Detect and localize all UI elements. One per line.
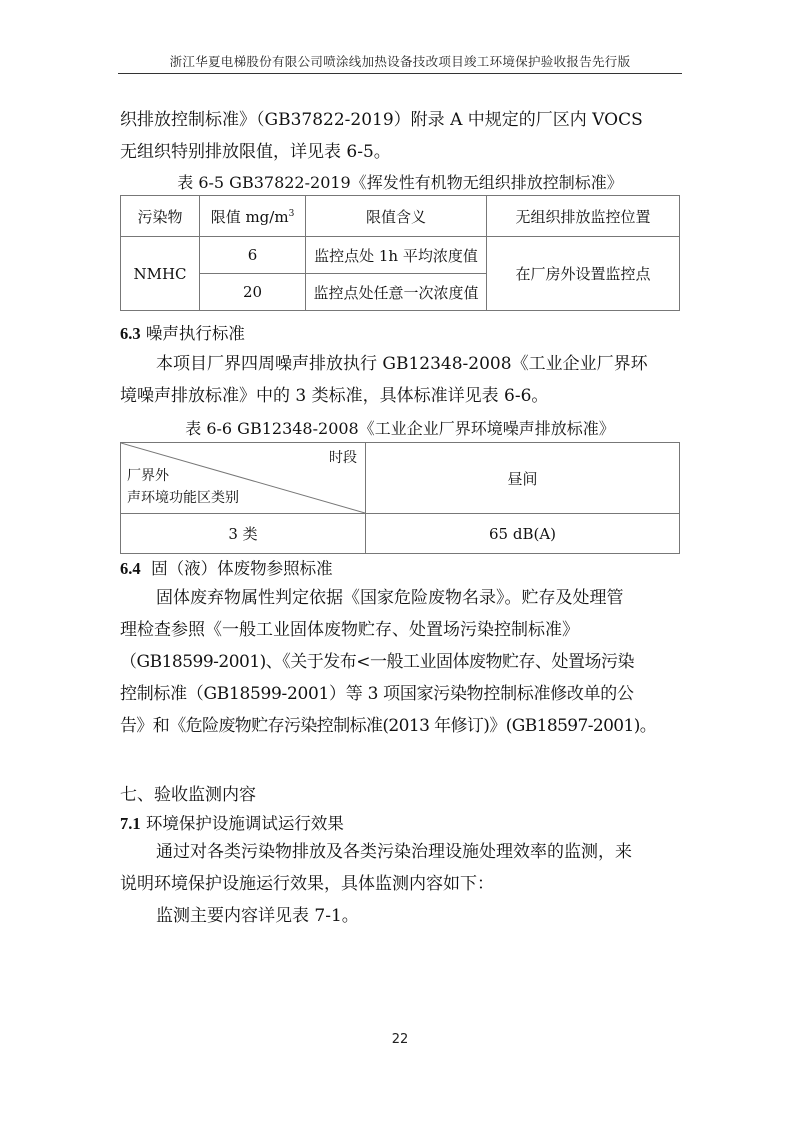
diag-bottom-label-2: 声环境功能区类别 bbox=[127, 487, 239, 507]
header-location: 无组织排放监控位置 bbox=[487, 196, 680, 237]
section-6-3-heading: 6.3 噪声执行标准 bbox=[120, 320, 245, 344]
section-7-1-line-3: 监测主要内容详见表 7-1。 bbox=[120, 900, 718, 932]
header-pollutant: 污染物 bbox=[121, 196, 200, 237]
table-6-5: 污染物 限值 mg/m3 限值含义 无组织排放监控位置 NMHC 6 监控点处 … bbox=[120, 195, 680, 311]
intro-line-1: 织排放控制标准》（GB37822-2019）附录 A 中规定的厂区内 VOCS bbox=[120, 104, 682, 136]
section-6-4-heading: 6.4 固（液）体废物参照标准 bbox=[120, 555, 333, 579]
section-7-1-heading: 7.1 环境保护设施调试运行效果 bbox=[120, 810, 344, 834]
section-6-4-line-1: 固体废弃物属性判定依据《国家危险废物名录》。贮存及处理管 bbox=[120, 582, 718, 614]
header-daytime: 昼间 bbox=[366, 443, 680, 514]
diag-bottom-label-1: 厂界外 bbox=[127, 465, 169, 485]
table-row: 3 类 65 dB(A) bbox=[121, 514, 680, 554]
section-6-3-line-1: 本项目厂界四周噪声排放执行 GB12348-2008《工业企业厂界环 bbox=[120, 348, 718, 380]
limit-cell: 6 bbox=[200, 237, 306, 274]
section-6-4-line-5: 告》和《危险废物贮存污染控制标准(2013 年修订)》(GB18597-2001… bbox=[120, 710, 682, 742]
limit-cell: 20 bbox=[200, 274, 306, 311]
diag-top-label: 时段 bbox=[329, 447, 357, 467]
section-6-3-line-2: 境噪声排放标准》中的 3 类标准，具体标准详见表 6-6。 bbox=[120, 380, 682, 412]
header-divider bbox=[118, 73, 682, 74]
running-header: 浙江华夏电梯股份有限公司喷涂线加热设备技改项目竣工环境保护验收报告先行版 bbox=[118, 52, 682, 70]
section-7-1-line-1: 通过对各类污染物排放及各类污染治理设施处理效率的监测，来 bbox=[120, 836, 718, 868]
chapter-7-heading: 七、验收监测内容 bbox=[120, 780, 256, 805]
table-6-6: 时段 厂界外 声环境功能区类别 昼间 3 类 65 dB(A) bbox=[120, 442, 680, 554]
diagonal-header-cell: 时段 厂界外 声环境功能区类别 bbox=[121, 443, 366, 514]
intro-line-2: 无组织特别排放限值，详见表 6-5。 bbox=[120, 136, 682, 168]
header-meaning: 限值含义 bbox=[306, 196, 487, 237]
value-cell: 65 dB(A) bbox=[366, 514, 680, 554]
header-limit: 限值 mg/m3 bbox=[200, 196, 306, 237]
pollutant-cell: NMHC bbox=[121, 237, 200, 311]
section-6-4-line-3: （GB18599-2001)、《关于发布<一般工业固体废物贮存、处置场污染 bbox=[120, 646, 682, 678]
meaning-cell: 监控点处 1h 平均浓度值 bbox=[306, 237, 487, 274]
section-6-4-line-4: 控制标准（GB18599-2001）等 3 项国家污染物控制标准修改单的公 bbox=[120, 678, 682, 710]
table-row: NMHC 6 监控点处 1h 平均浓度值 在厂房外设置监控点 bbox=[121, 237, 680, 274]
section-7-1-line-2: 说明环境保护设施运行效果，具体监测内容如下： bbox=[120, 868, 682, 900]
table-6-6-caption: 表 6-6 GB12348-2008《工业企业厂界环境噪声排放标准》 bbox=[118, 416, 682, 439]
table-header-row: 污染物 限值 mg/m3 限值含义 无组织排放监控位置 bbox=[121, 196, 680, 237]
location-cell: 在厂房外设置监控点 bbox=[487, 237, 680, 311]
page-number: 22 bbox=[0, 1032, 800, 1047]
meaning-cell: 监控点处任意一次浓度值 bbox=[306, 274, 487, 311]
table-6-5-caption: 表 6-5 GB37822-2019《挥发性有机物无组织排放控制标准》 bbox=[118, 170, 682, 193]
category-cell: 3 类 bbox=[121, 514, 366, 554]
section-6-4-line-2: 理检查参照《一般工业固体废物贮存、处置场污染控制标准》 bbox=[120, 614, 682, 646]
table-header-row: 时段 厂界外 声环境功能区类别 昼间 bbox=[121, 443, 680, 514]
